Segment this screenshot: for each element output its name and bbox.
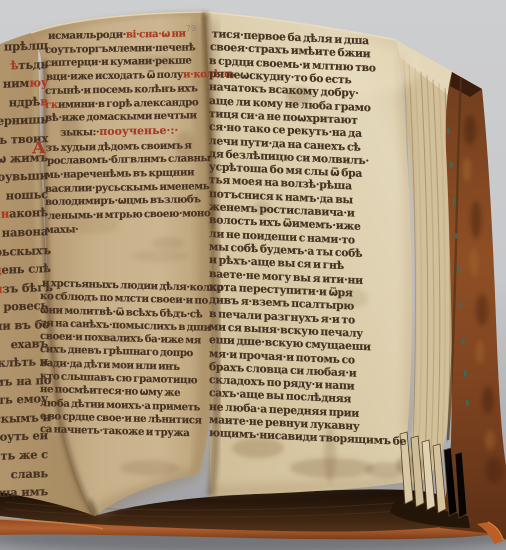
text-line: ндрѣв [0, 92, 48, 112]
text-line: ша имъ [0, 482, 48, 502]
text-line: прѣлщ [0, 36, 48, 56]
right-page-text: тися·первое ба дѣля и дшасвоея·страхъ им… [209, 27, 406, 449]
text-line: рьскыхъ [0, 241, 48, 261]
text-line: ношьс [0, 185, 48, 205]
photograph-of-open-medieval-manuscript: прѣлщѣтьдьнимюундрѣвернишьъ твоихѡ жимъо… [0, 0, 506, 550]
text-line: нимюу [0, 73, 48, 93]
text-line: ѣтьдь [0, 55, 48, 75]
left-page-text-block-1: исмаильроди·ві·сна·ѡ нисоутьторгъмлемни·… [45, 27, 235, 238]
text-line: ернишь [0, 110, 48, 130]
text-line: оувьши [0, 166, 48, 186]
text-line: славь [0, 464, 48, 484]
text-line: наконѣ [0, 203, 48, 223]
text-line: ть же с [0, 445, 48, 465]
folio-number-pencil-mark: 79 [186, 24, 197, 34]
left-page-text-block-2: и хрстьяныхъ людии дѣля·колкоко сблюдъ п… [40, 277, 223, 442]
text-line: навона [0, 222, 48, 242]
